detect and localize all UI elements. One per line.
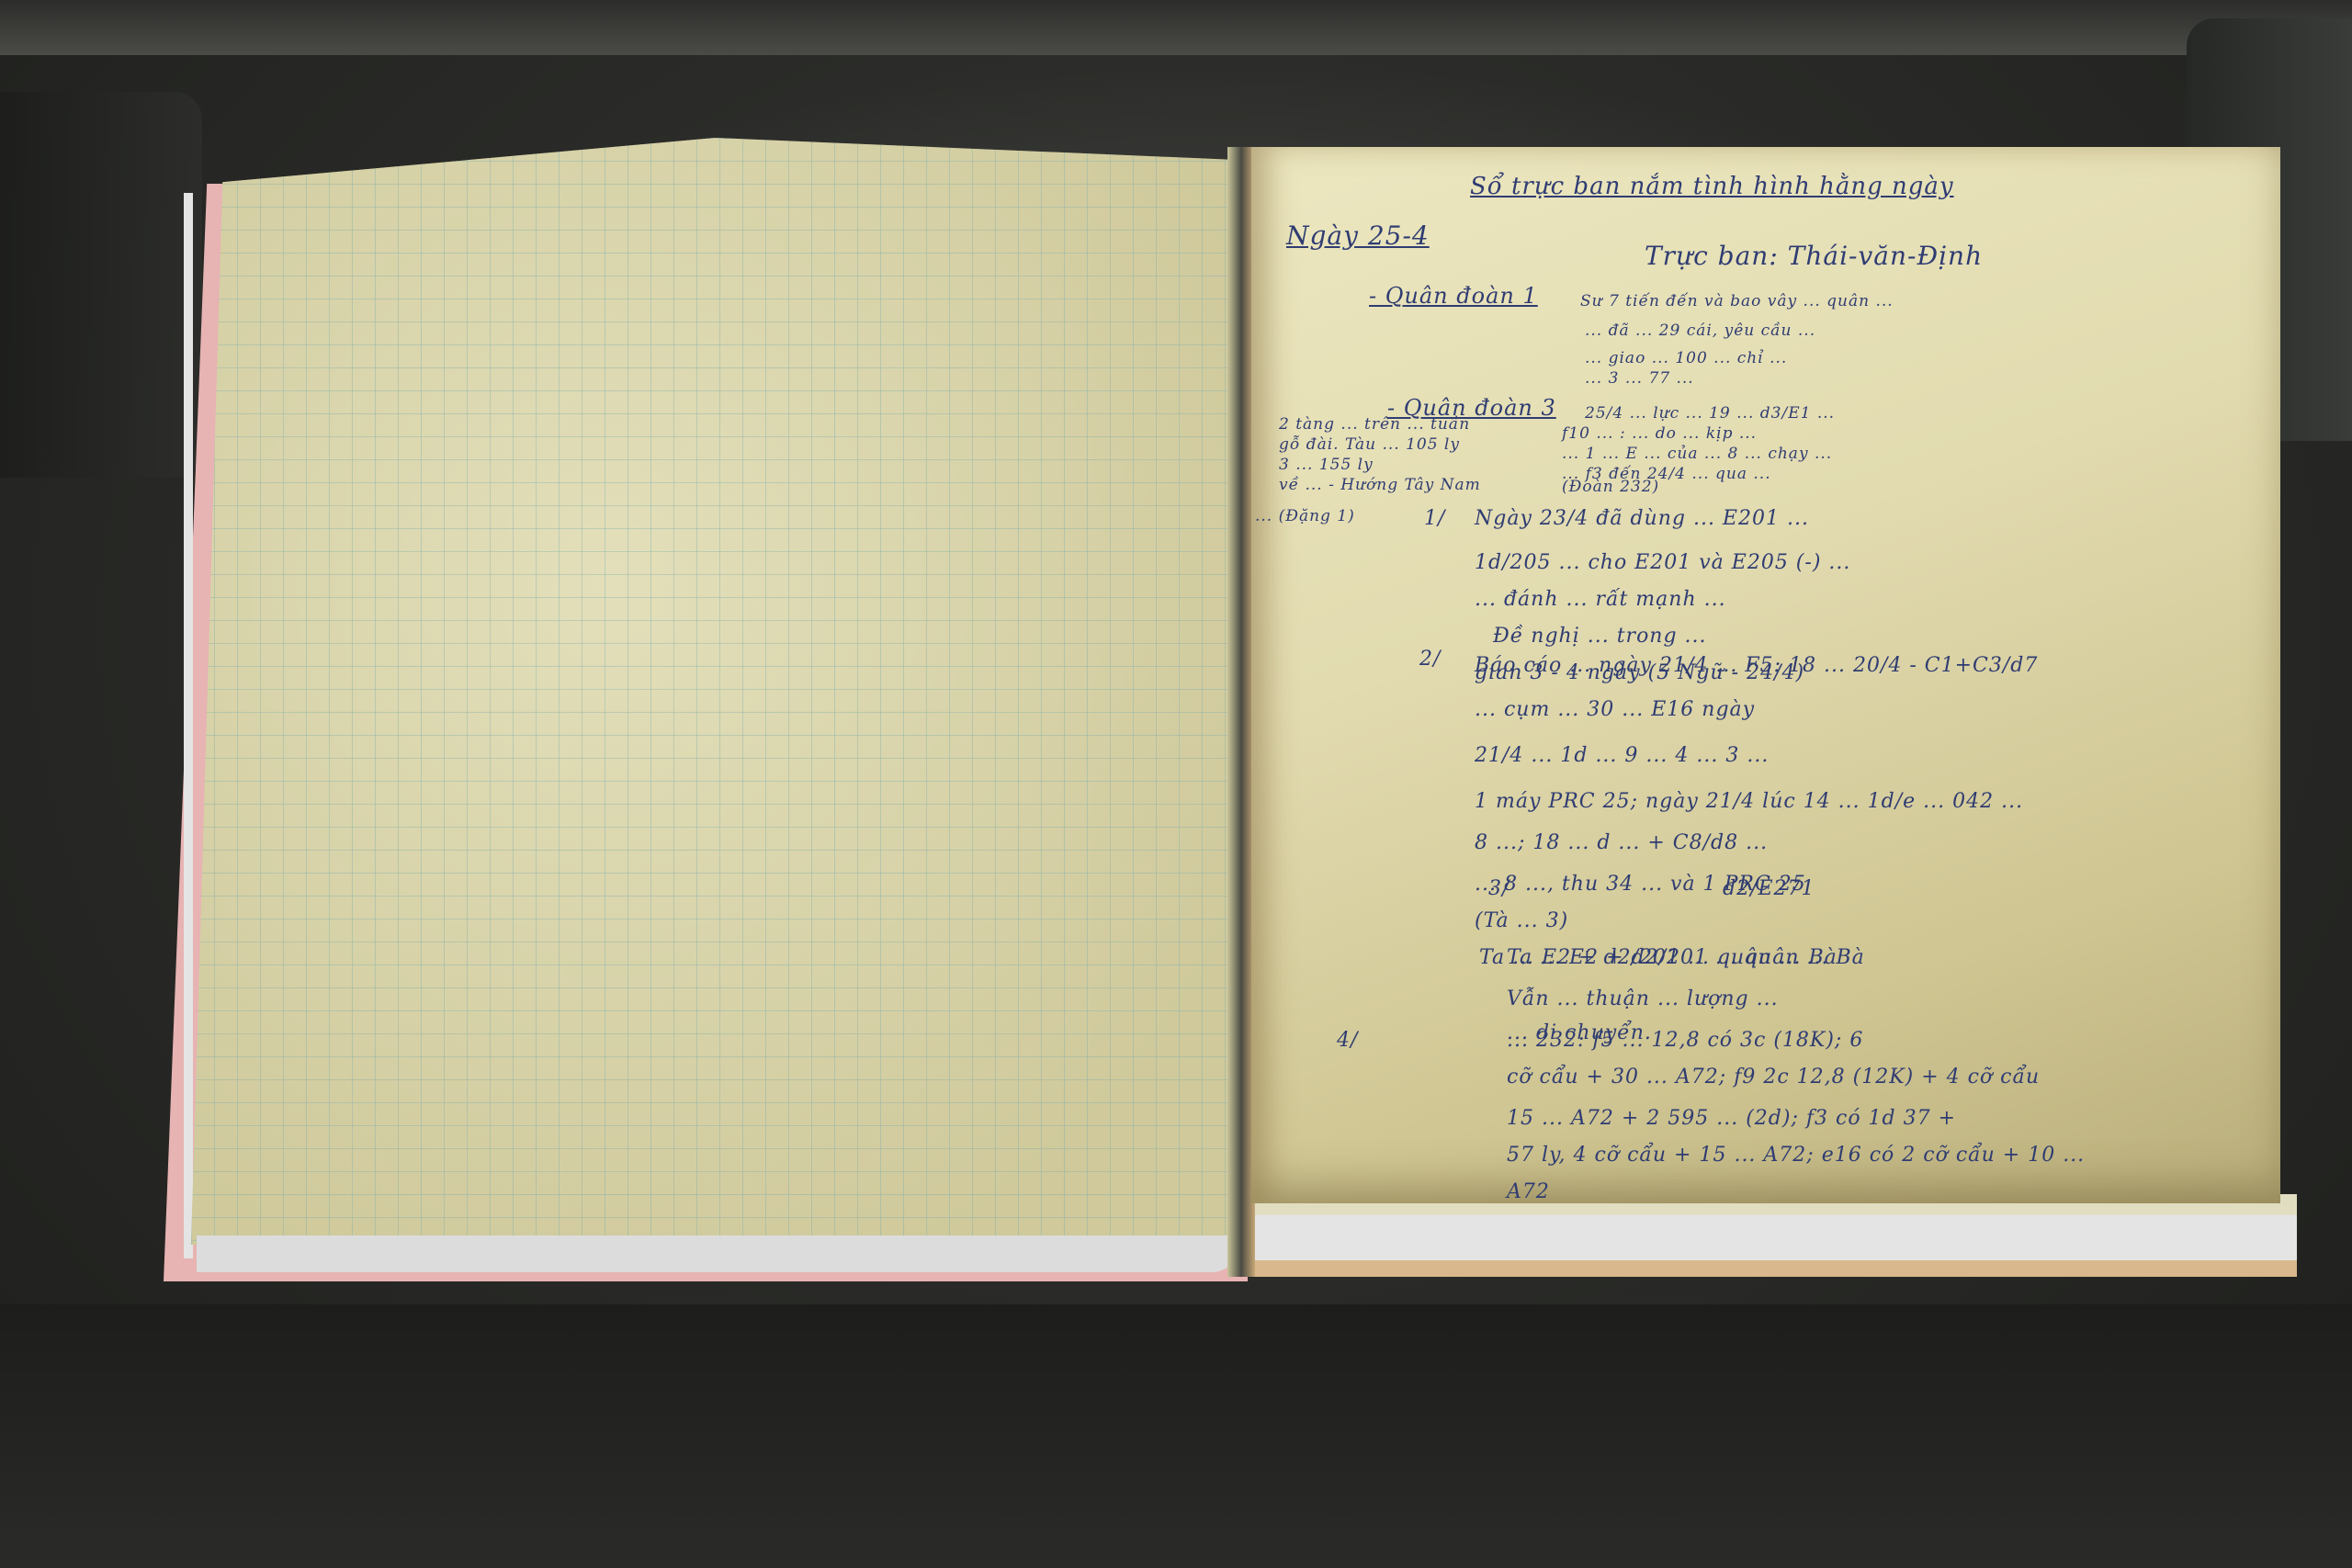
item-line: 1d/205 ... cho E201 và E205 (-) ... <box>1475 551 1850 574</box>
left-page-stack <box>197 1235 1239 1272</box>
margin-note-line: 3 ... 155 ly <box>1279 456 1374 474</box>
item-number: 3/ <box>1488 877 1510 900</box>
margin-note-line: gỗ đài. Tàu ... 105 ly <box>1279 435 1460 454</box>
open-notebook: Sổ trực ban nắm tình hình hằng ngày Ngày… <box>0 0 2352 1568</box>
item-line: ... cụm ... 30 ... E16 ngày <box>1475 698 1755 721</box>
item-number: 4/ <box>1337 1029 1358 1052</box>
item-line: A72 <box>1507 1180 1550 1203</box>
item-number: 1/ <box>1424 507 1445 530</box>
margin-note-line: 2 tàng ... trên ... tuần <box>1279 415 1470 434</box>
right-page-stack <box>1240 1194 2297 1277</box>
section-1-line: ... 3 ... 77 ... <box>1585 369 1694 388</box>
page-title: Sổ trực ban nắm tình hình hằng ngày <box>1470 173 1954 200</box>
item-line: Ta ... E2 + d2/201 ... quân ... Bà <box>1507 946 1865 969</box>
item-line: Đề nghị ... trong ... <box>1493 625 1707 648</box>
item-line: (Tà ... 3) <box>1475 909 1568 932</box>
section-2-line: 25/4 ... lực ... 19 ... d3/E1 ... <box>1585 404 1835 423</box>
entry-date: Ngày 25-4 <box>1286 220 1430 251</box>
left-page-edge <box>184 193 193 1258</box>
item-line: 1 máy PRC 25; ngày 21/4 lúc 14 ... 1d/e … <box>1475 790 2023 813</box>
item-header: d2/E271 <box>1723 877 1815 900</box>
section-2-line: (Đoàn 232) <box>1562 478 1659 496</box>
section-1-line: ... giao ... 100 ... chỉ ... <box>1585 349 1787 367</box>
museum-display-case: Sổ trực ban nắm tình hình hằng ngày Ngày… <box>0 0 2352 1568</box>
section-2-line: ... 1 ... E ... của ... 8 ... chạy ... <box>1562 445 1832 463</box>
item-line: 8 ...; 18 ... d ... + C8/d8 ... <box>1475 831 1768 854</box>
item-line: Ngày 23/4 đã dùng ... E201 ... <box>1475 507 1809 530</box>
item-line: ... đánh ... rất mạnh ... <box>1475 588 1726 611</box>
section-1-line: Sư 7 tiến đến và bao vây ... quân ... <box>1580 292 1894 310</box>
section-2-line: f10 ... : ... do ... kịp ... <box>1562 424 1757 443</box>
item-line: Báo cáo ... ngày 21/4 ... F5: 18 ... 20/… <box>1475 654 2038 677</box>
item-line: 21/4 ... 1d ... 9 ... 4 ... 3 ... <box>1475 744 1769 767</box>
section-1-line: ... đã ... 29 cái, yêu cầu ... <box>1585 321 1815 340</box>
item-number: 2/ <box>1419 648 1441 671</box>
item-line: ... 232: f5 ... 12,8 có 3c (18K); 6 <box>1507 1029 1863 1052</box>
left-graph-page <box>191 138 1238 1245</box>
item-line: cỡ cẩu + 30 ... A72; f9 2c 12,8 (12K) + … <box>1507 1066 2040 1089</box>
item-line: Vẫn ... thuận ... lượng ... <box>1507 987 1779 1010</box>
duty-officer-heading: Trực ban: Thái-văn-Định <box>1645 241 1983 271</box>
item-line: 15 ... A72 + 2 595 ... (2d); f3 có 1d 37… <box>1507 1107 1956 1130</box>
margin-note-line: về ... - Hướng Tây Nam <box>1279 476 1481 494</box>
item-line: 57 ly, 4 cỡ cẩu + 15 ... A72; e16 có 2 c… <box>1507 1144 2085 1167</box>
section-1-label: - Quân đoàn 1 <box>1369 283 1538 309</box>
margin-note-2: ... (Đặng 1) <box>1255 507 1355 525</box>
